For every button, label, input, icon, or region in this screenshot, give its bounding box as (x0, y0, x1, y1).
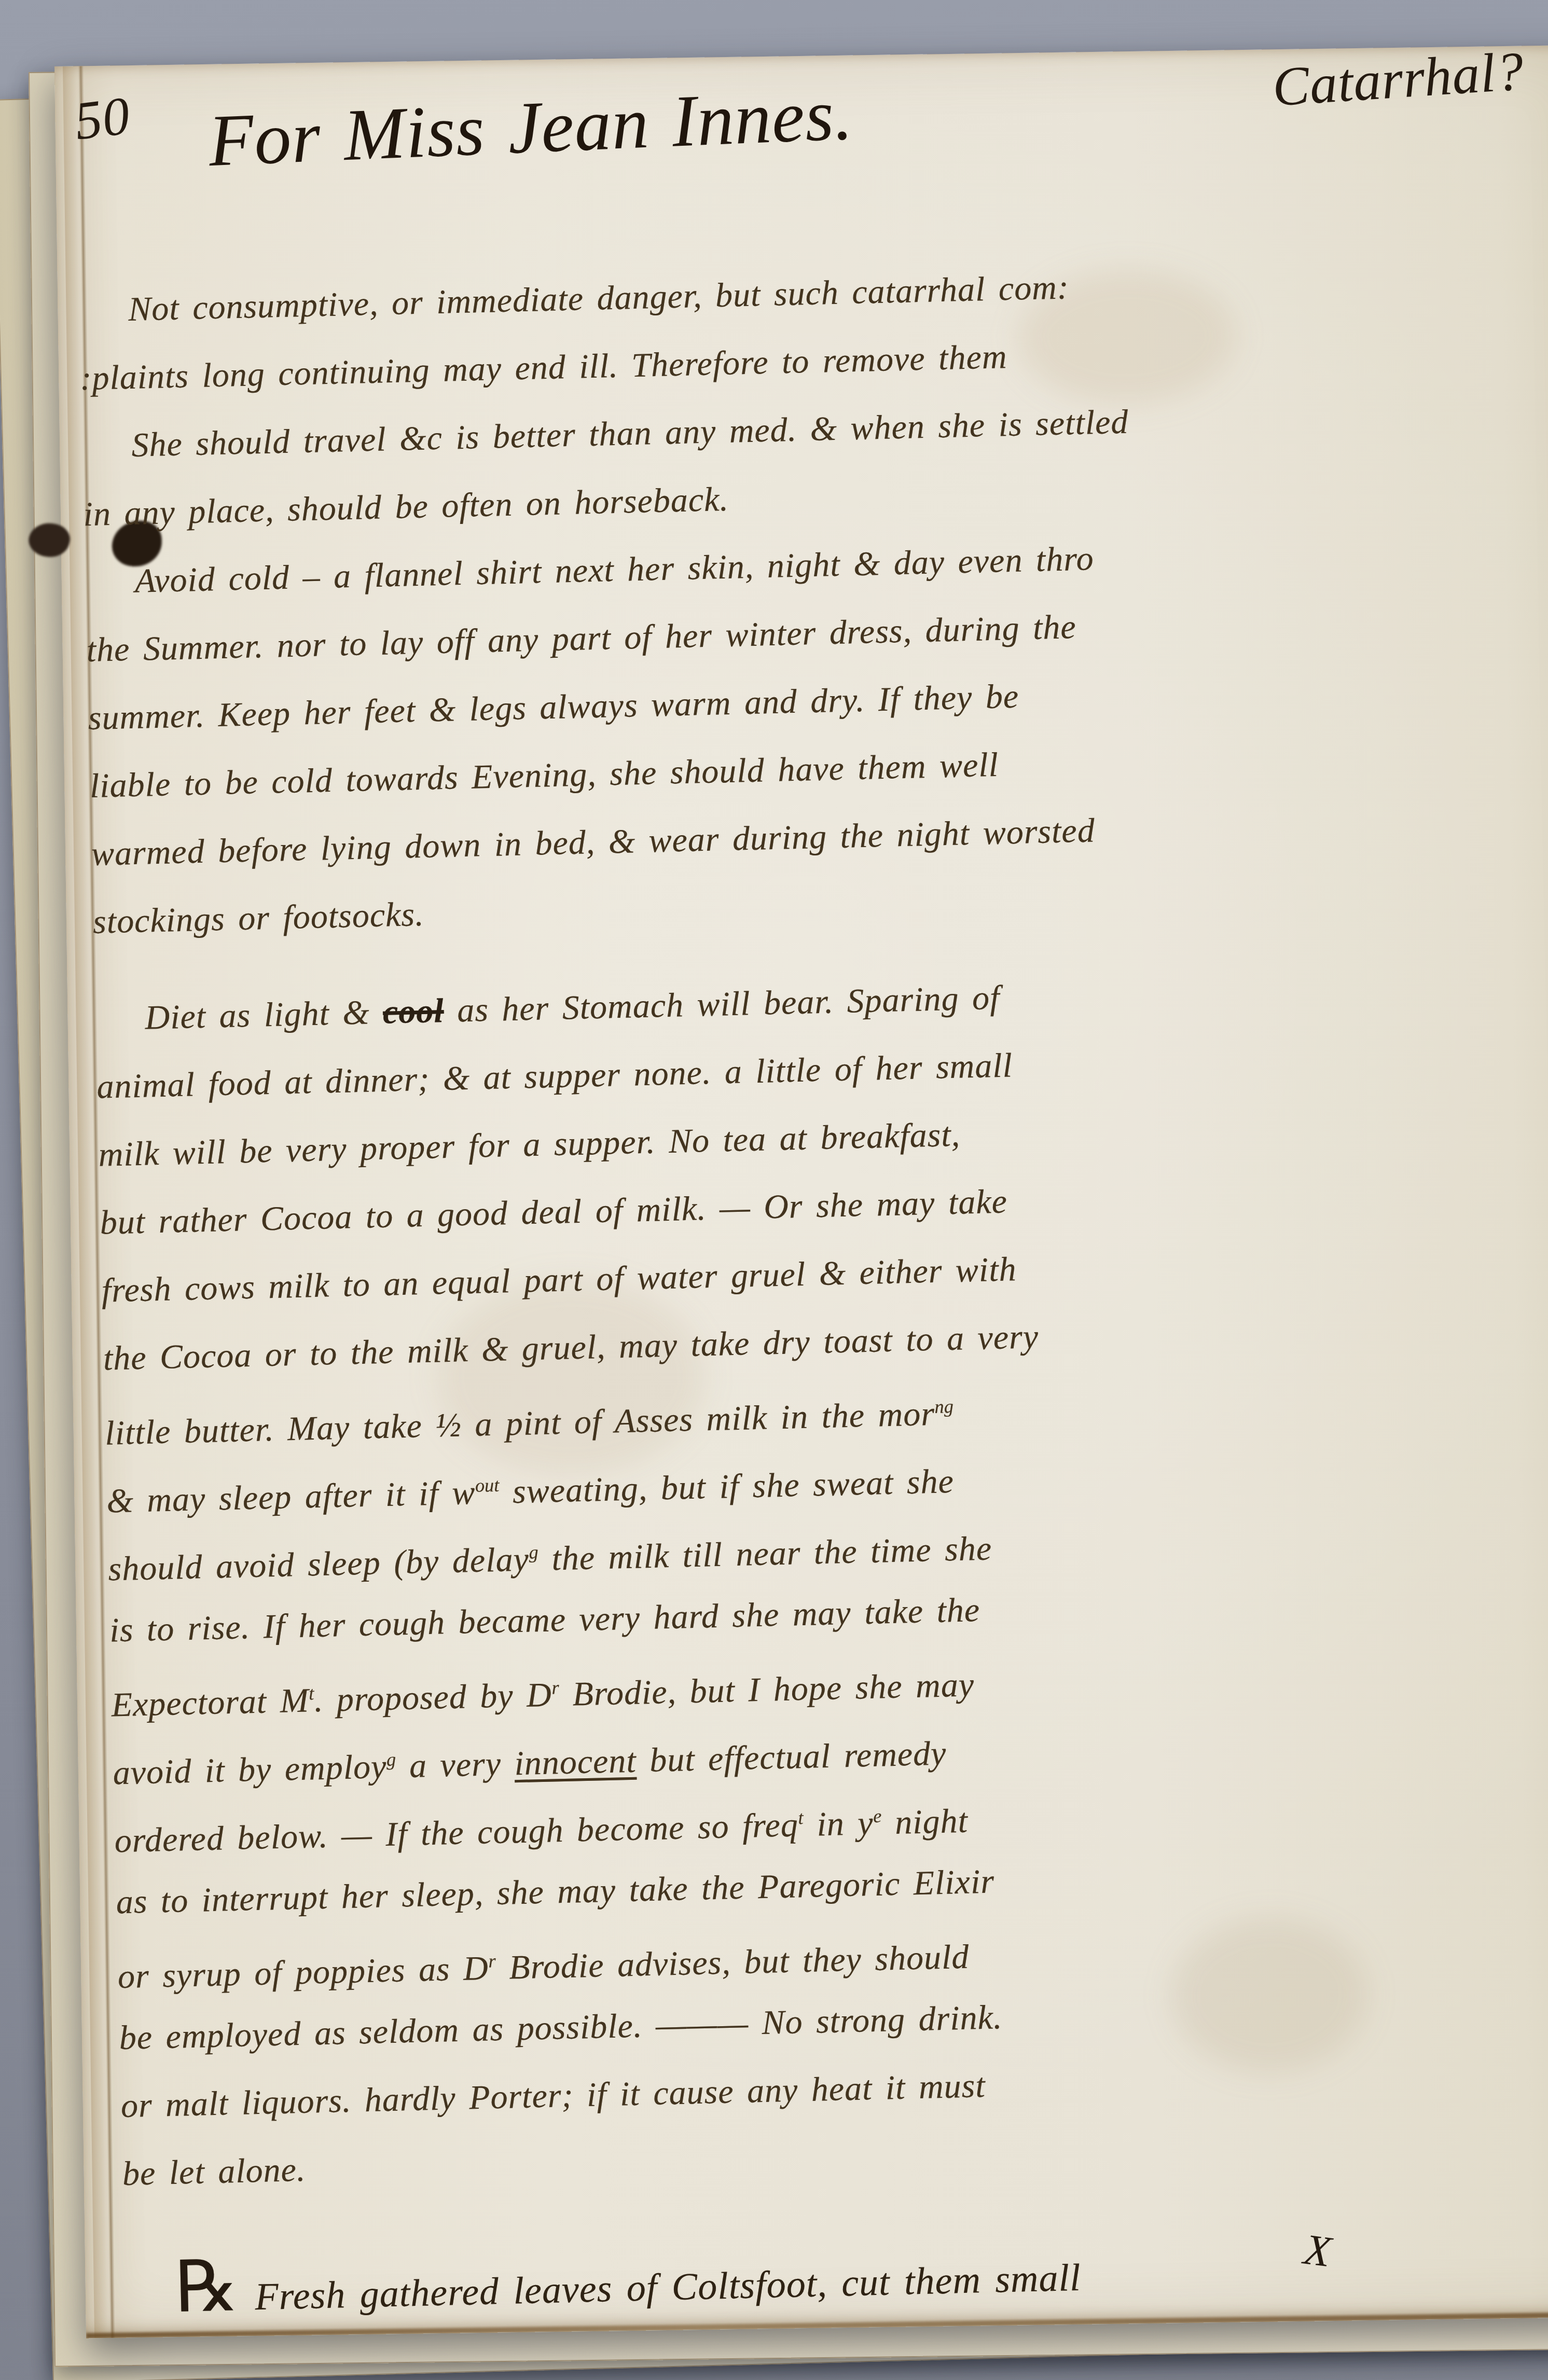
text-segment-und: innocent (514, 1742, 637, 1783)
text-segment-strike: cool (382, 992, 444, 1031)
rx-symbol: ℞ (174, 2245, 240, 2329)
text-segment-sup: r (551, 1677, 559, 1698)
text-paragraph: Diet as light & cool as her Stomach will… (94, 950, 1548, 2208)
text-line: ℞Fresh gathered leaves of Coltsfoot, cut… (125, 2220, 1548, 2322)
manuscript-page: 50 For Miss Jean Innes. Catarrhal? Not c… (54, 45, 1548, 2339)
diagnosis-annotation: Catarrhal? (1270, 45, 1526, 119)
text-paragraph: Avoid cold – a flannel shirt next her sk… (84, 514, 1548, 956)
text-segment-sup: r (488, 1950, 496, 1971)
text-segment-sup: out (475, 1475, 499, 1496)
text-segment-sup: ng (934, 1396, 953, 1417)
page-number: 50 (72, 85, 133, 153)
text-segment-sup: e (873, 1806, 882, 1826)
manuscript-text: Not consumptive, or immediate danger, bu… (78, 242, 1548, 2322)
photograph-of-manuscript: { "page": { "number": "50", "title": "Fo… (0, 0, 1548, 2380)
text-segment-sup: g (386, 1749, 396, 1770)
text-segment-sup: t (309, 1683, 314, 1704)
prescription-paragraph: ℞Fresh gathered leaves of Coltsfoot, cut… (125, 2220, 1548, 2322)
text-segment-sup: t (798, 1807, 804, 1828)
text-segment-sup: g (529, 1542, 538, 1562)
page-title: For Miss Jean Innes. (207, 71, 855, 183)
